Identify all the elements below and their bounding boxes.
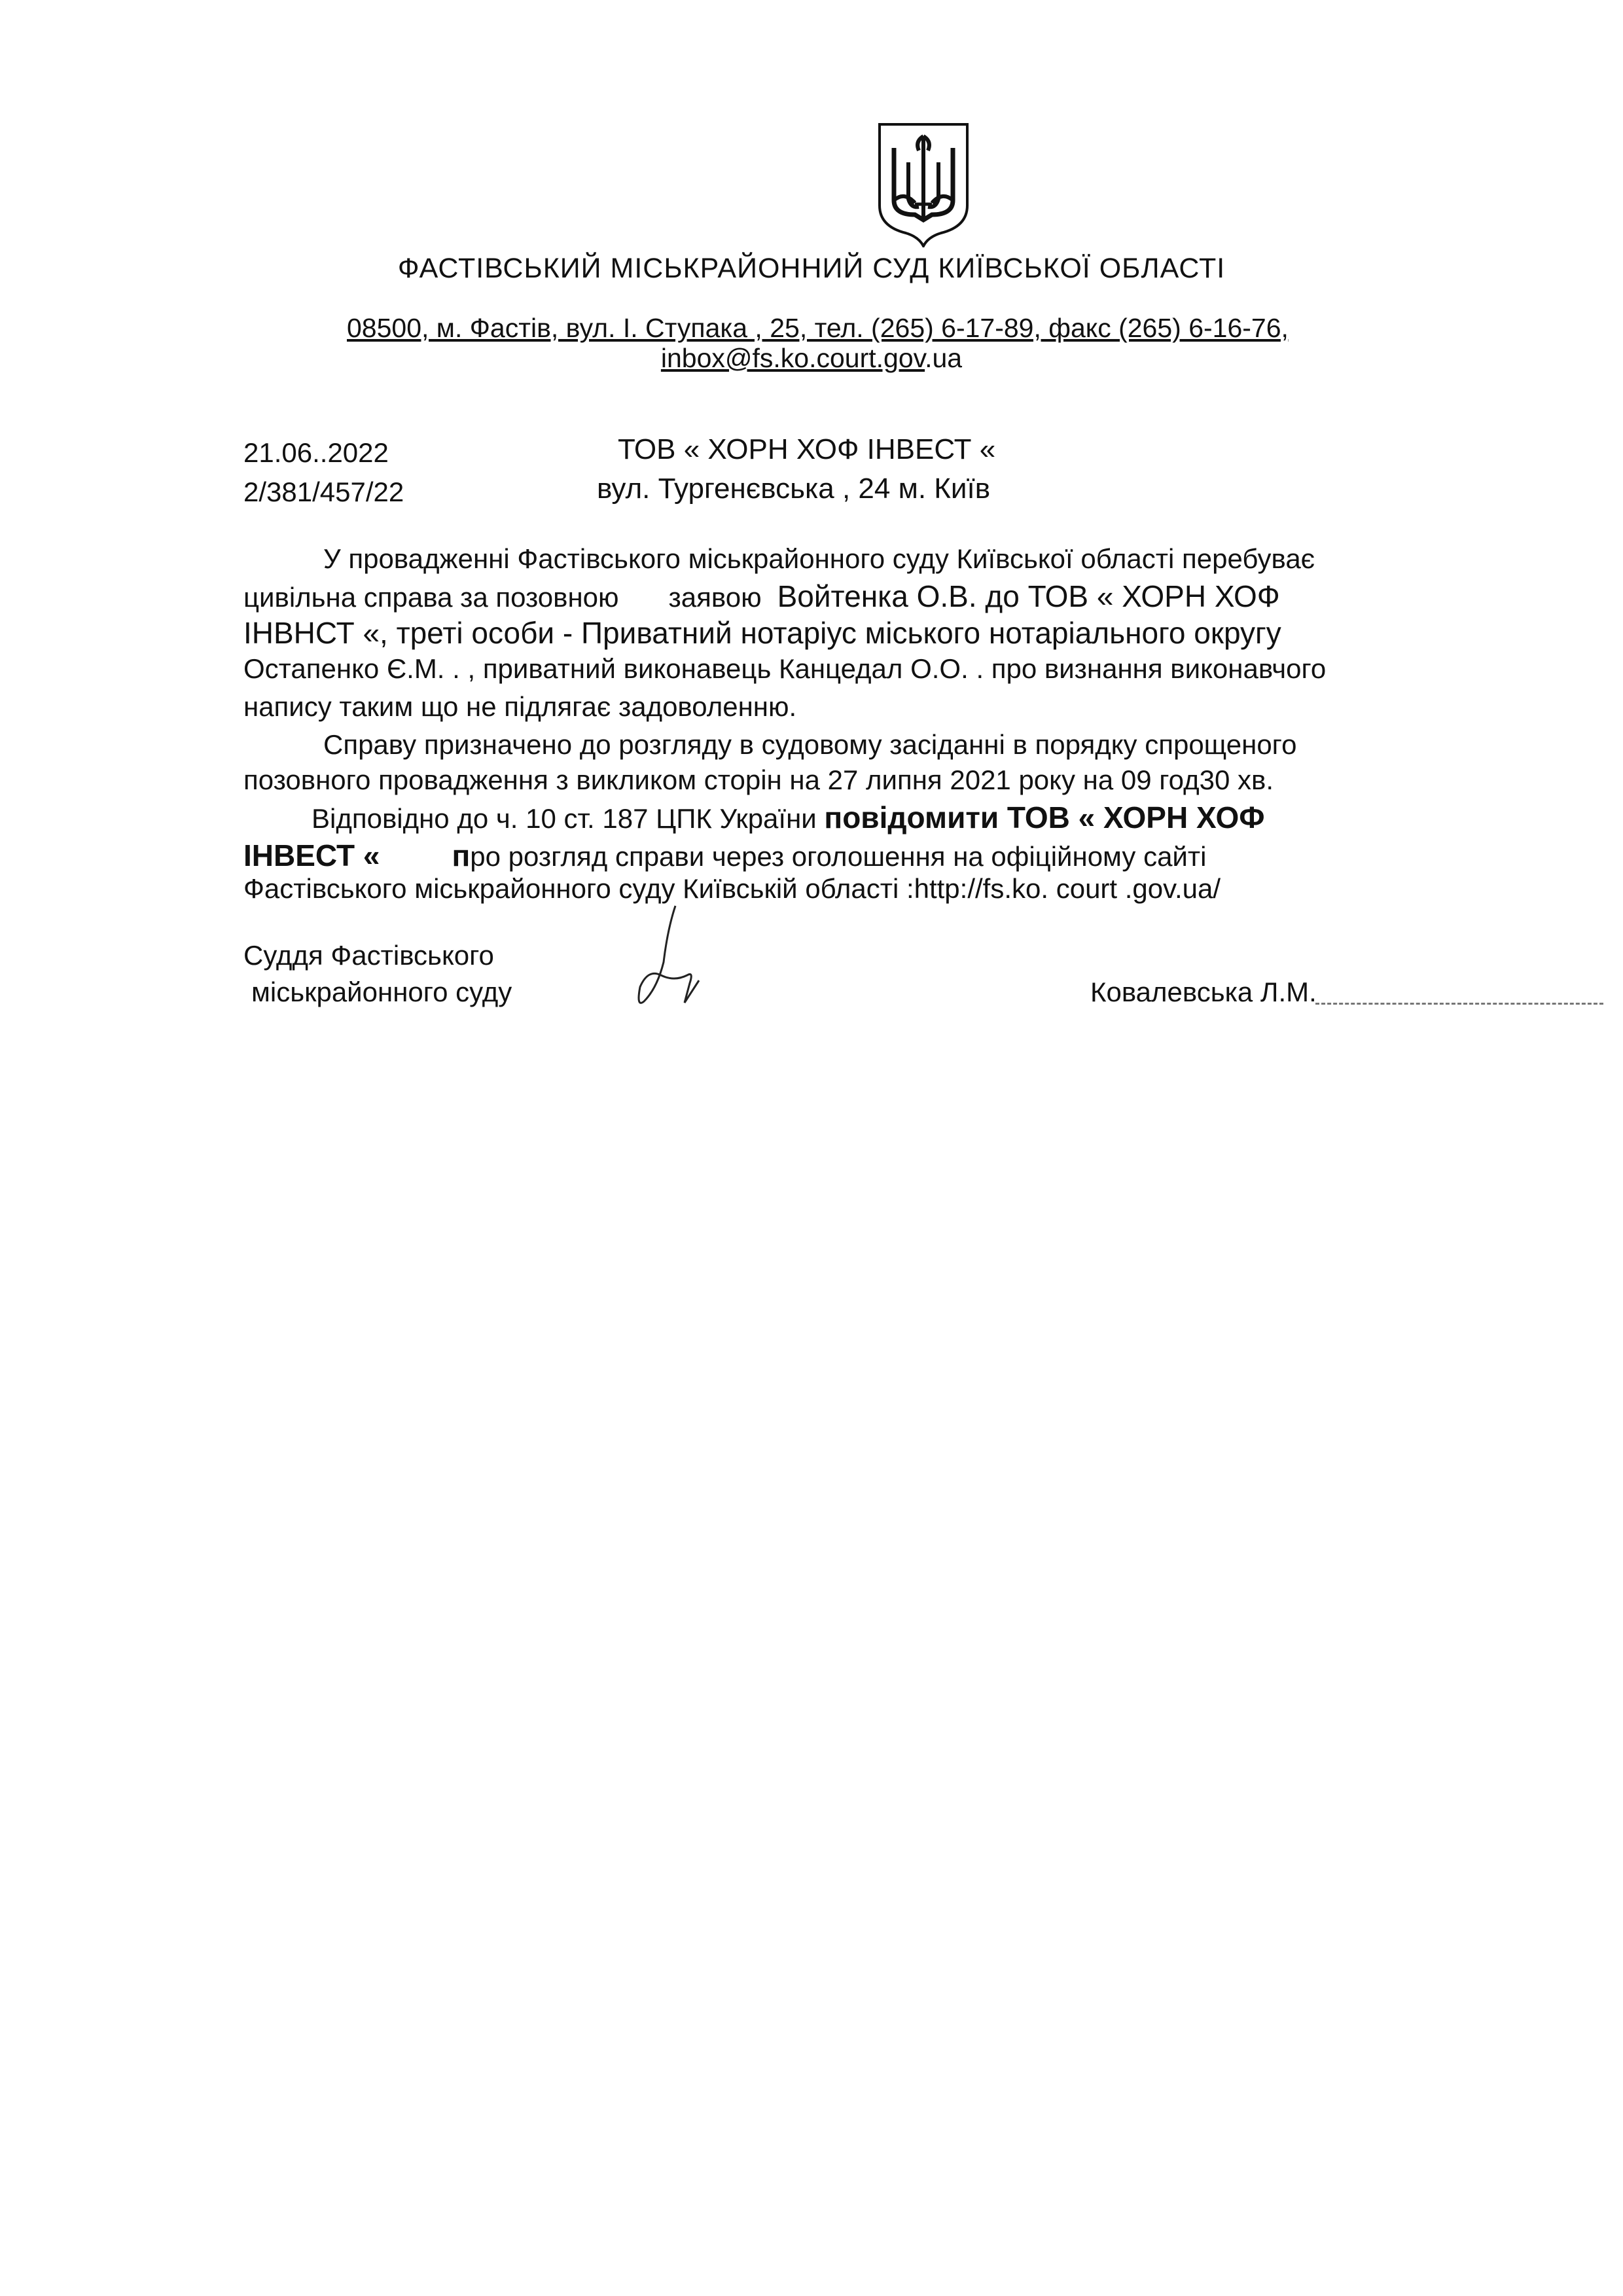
body-line: Справу призначено до розгляду в судовому… bbox=[323, 729, 1296, 761]
judge-title: міськрайонного суду bbox=[251, 977, 512, 1008]
plaintiff-name: Войтенка О.В. до ТОВ « ХОРН ХОФ bbox=[777, 579, 1280, 613]
notice-bold: повідомити ТОВ « ХОРН ХОФ bbox=[824, 800, 1264, 834]
recipient-name: ТОВ « ХОРН ХОФ ІНВЕСТ « bbox=[618, 433, 995, 466]
body-line: ІНВНСТ «, треті особи - Приватний нотарі… bbox=[243, 615, 1281, 651]
recipient-address: вул. Тургенєвська , 24 м. Київ bbox=[597, 473, 990, 505]
ukraine-trident-icon bbox=[876, 122, 971, 247]
signature-dotted-line bbox=[1315, 1003, 1603, 1005]
court-email-suffix: .ua bbox=[925, 343, 962, 373]
court-email[interactable]: inbox@fs.ko.court.gov bbox=[661, 343, 925, 373]
body-line: напису таким що не підлягає задоволенню. bbox=[243, 691, 796, 723]
body-line: позовного провадження з викликом сторін … bbox=[243, 764, 1274, 796]
body-line: Фастівського міськрайонного суду Київськ… bbox=[243, 873, 1221, 905]
court-name: ФАСТІВСЬКИЙ МІСЬКРАЙОННИЙ СУД КИЇВСЬКОЇ … bbox=[0, 253, 1623, 285]
body-line: Остапенко Є.М. . , приватний виконавець … bbox=[243, 653, 1326, 685]
court-email-line: inbox@fs.ko.court.gov.ua bbox=[0, 343, 1623, 374]
judge-title: Суддя Фастівського bbox=[243, 940, 494, 971]
body-line: Відповідно до ч. 10 ст. 187 ЦПК України … bbox=[312, 800, 1265, 835]
handwritten-signature bbox=[635, 903, 713, 1028]
body-line: У провадженні Фастівського міськрайонног… bbox=[323, 543, 1315, 575]
judge-name: Ковалевська Л.М. bbox=[1090, 977, 1317, 1008]
body-line: цивільна справа за позовноюзаявоюВойтенк… bbox=[243, 579, 1280, 614]
document-number: 2/381/457/22 bbox=[243, 476, 404, 508]
body-line: ІНВЕСТ «про розгляд справи через оголоше… bbox=[243, 838, 1206, 873]
document-date: 21.06..2022 bbox=[243, 437, 389, 469]
court-address: 08500, м. Фастів, вул. І. Ступака , 25, … bbox=[347, 313, 1289, 344]
